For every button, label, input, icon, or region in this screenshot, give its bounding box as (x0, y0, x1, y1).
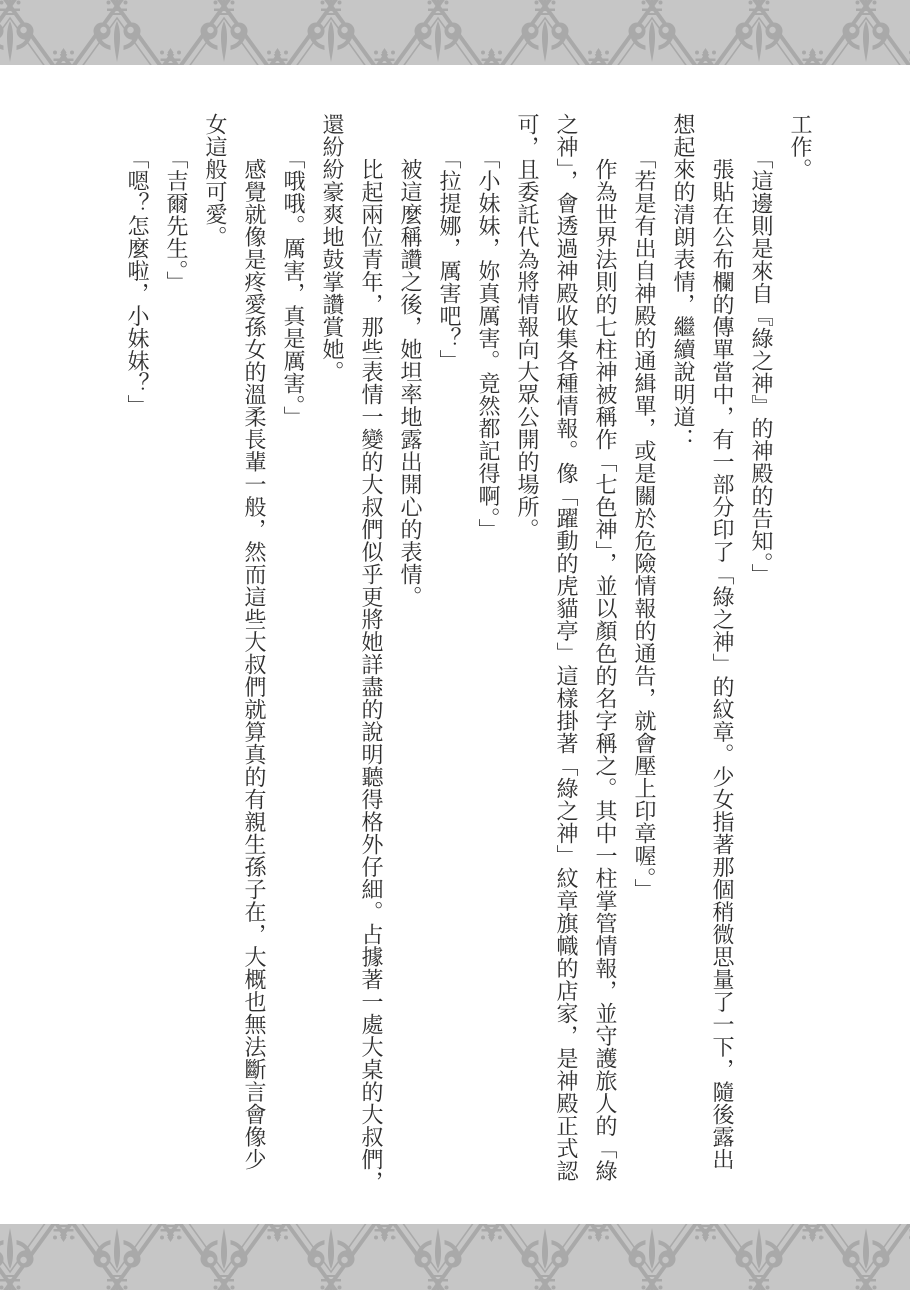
top-border-damask (0, 0, 910, 65)
text-line: 「小妹妹，妳真厲害。竟然都記得啊。」 (469, 113, 508, 1173)
text-line: 作為世界法則的七柱神被稱作「七色神」，並以顏色的名字稱之。其中一柱掌管情報，並守… (586, 113, 625, 1173)
text-line: 感覺就像是疼愛孫女的溫柔長輩一般，然而這些大叔們就算真的有親生孫子在，大概也無法… (235, 113, 274, 1173)
text-line: 工作。 (781, 113, 820, 1173)
text-line: 「吉爾先生。」 (157, 113, 196, 1173)
bottom-border-damask (0, 1224, 910, 1290)
text-line: 比起兩位青年，那些表情一變的大叔們似乎更將她詳盡的說明聽得格外仔細。占據著一處大… (352, 113, 391, 1173)
text-line: 想起來的清朗表情，繼續說明道： (664, 113, 703, 1173)
text-line: 「若是有出自神殿的通緝單，或是關於危險情報的通告，就會壓上印章喔。」 (625, 113, 664, 1173)
book-page: 工作。 「這邊則是來自『綠之神』的神殿的告知。」 張貼在公布欄的傳單當中，有一部… (0, 0, 910, 1290)
text-line: 女這般可愛。 (196, 113, 235, 1173)
text-line: 「拉提娜，厲害吧？」 (430, 113, 469, 1173)
text-line: 「這邊則是來自『綠之神』的神殿的告知。」 (742, 113, 781, 1173)
text-line: 「嗯？怎麼啦，小妹妹？」 (118, 113, 157, 1173)
vertical-text-block: 工作。 「這邊則是來自『綠之神』的神殿的告知。」 張貼在公布欄的傳單當中，有一部… (118, 113, 820, 1173)
text-line: 可，且委託代為將情報向大眾公開的場所。 (508, 113, 547, 1173)
text-line: 張貼在公布欄的傳單當中，有一部分印了「綠之神」的紋章。少女指著那個稍微思量了一下… (703, 113, 742, 1173)
text-line: 「哦哦。厲害，真是厲害。」 (274, 113, 313, 1173)
text-line: 之神」，會透過神殿收集各種情報。像「躍動的虎貓亭」這樣掛著「綠之神」紋章旗幟的店… (547, 113, 586, 1173)
text-line: 被這麼稱讚之後，她坦率地露出開心的表情。 (391, 113, 430, 1173)
text-line: 還紛紛豪爽地鼓掌讚賞她。 (313, 113, 352, 1173)
